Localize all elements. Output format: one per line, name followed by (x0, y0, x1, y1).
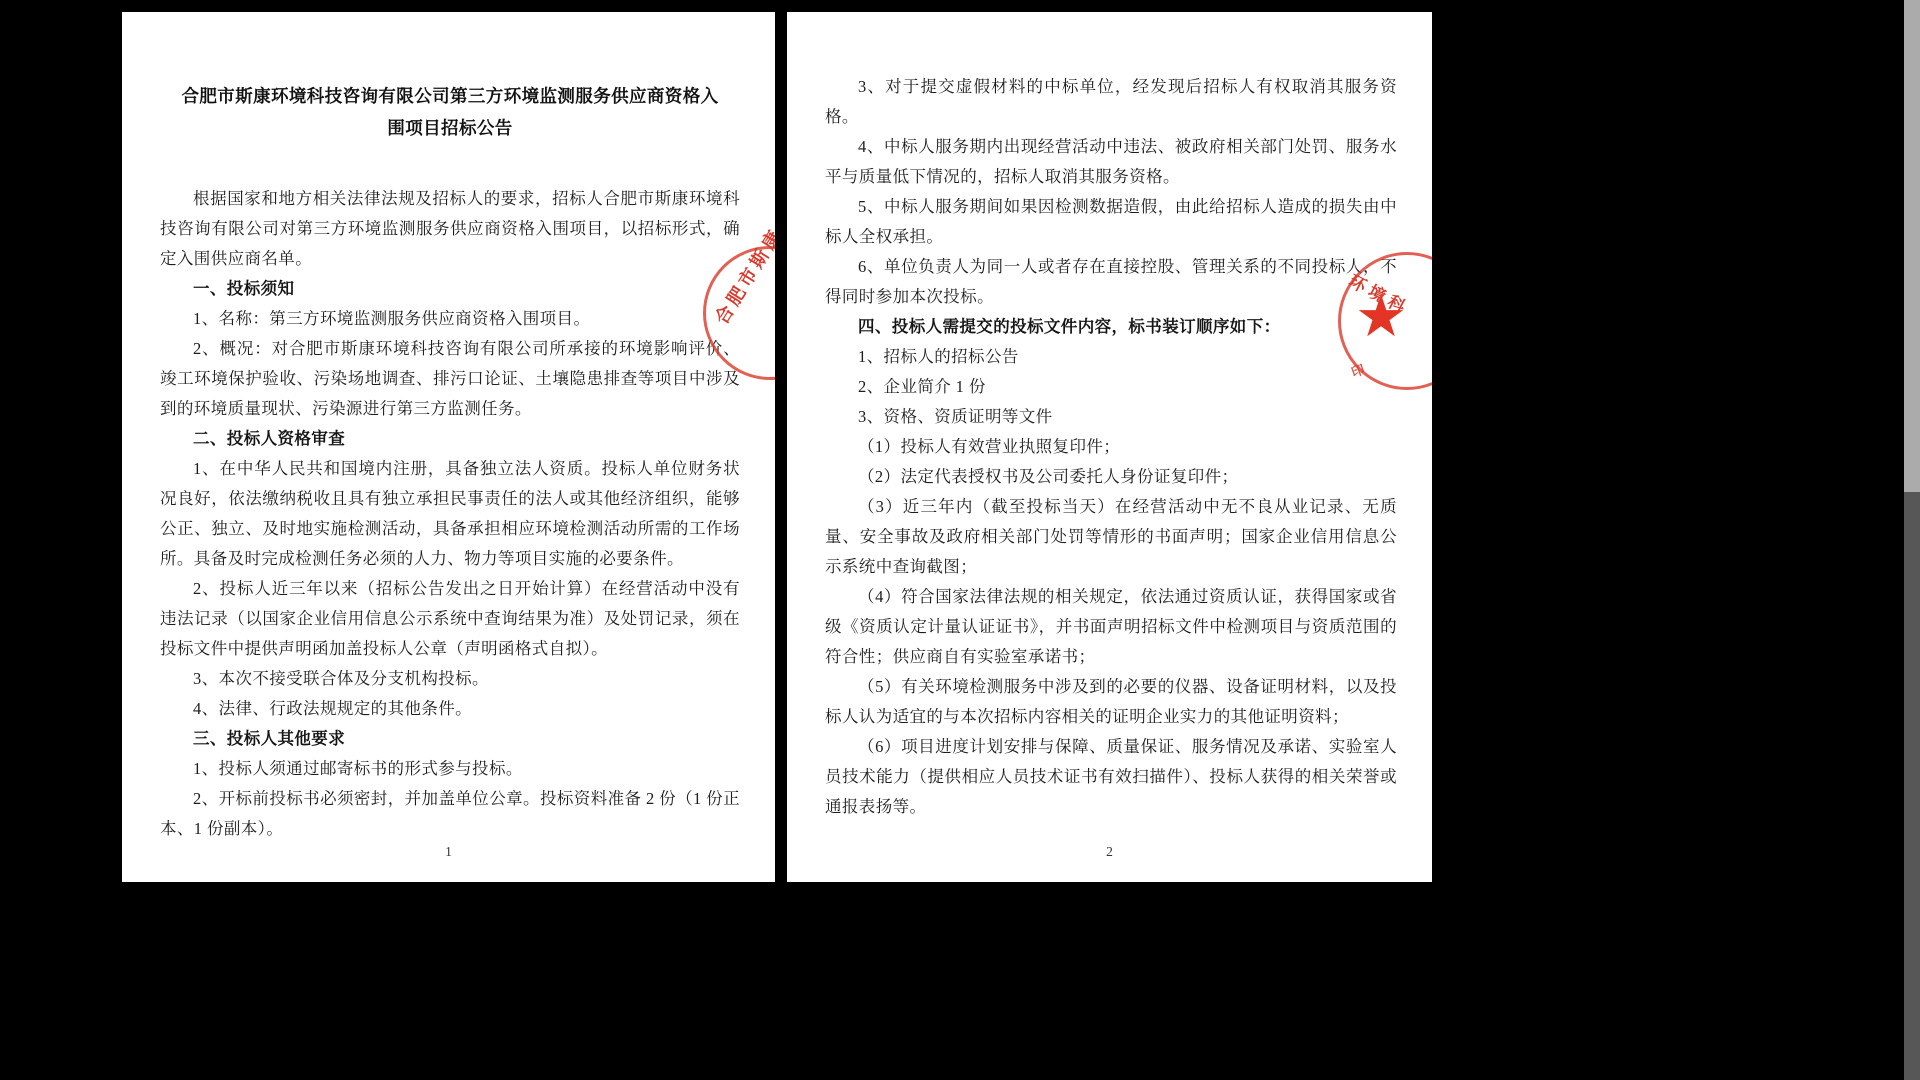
body-paragraph: （4）符合国家法律法规的相关规定，依法通过资质认证，获得国家或省级《资质认定计量… (825, 582, 1397, 672)
page-1-content: 合肥市斯康环境科技咨询有限公司第三方环境监测服务供应商资格入围项目招标公告根据国… (122, 12, 775, 844)
section-heading: 一、投标须知 (160, 274, 740, 304)
body-paragraph: 1、投标人须通过邮寄标书的形式参与投标。 (160, 754, 740, 784)
scrollbar-thumb[interactable] (1904, 0, 1920, 492)
body-paragraph: 2、企业简介 1 份 (825, 372, 1397, 402)
section-heading: 四、投标人需提交的投标文件内容，标书装订顺序如下： (825, 312, 1397, 342)
section-heading: 二、投标人资格审查 (160, 424, 740, 454)
body-paragraph: 1、在中华人民共和国境内注册，具备独立法人资质。投标人单位财务状况良好，依法缴纳… (160, 454, 740, 574)
section-heading: 三、投标人其他要求 (160, 724, 740, 754)
body-paragraph: 6、单位负责人为同一人或者存在直接控股、管理关系的不同投标人，不得同时参加本次投… (825, 252, 1397, 312)
body-paragraph: 4、法律、行政法规规定的其他条件。 (160, 694, 740, 724)
page-2-content: 3、对于提交虚假材料的中标单位，经发现后招标人有权取消其服务资格。4、中标人服务… (787, 12, 1432, 822)
body-paragraph: 3、资格、资质证明等文件 (825, 402, 1397, 432)
body-paragraph: 2、开标前投标书必须密封，并加盖单位公章。投标资料准备 2 份（1 份正本、1 … (160, 784, 740, 844)
page-number: 2 (787, 844, 1432, 860)
body-paragraph: （3）近三年内（截至投标当天）在经营活动中无不良从业记录、无质量、安全事故及政府… (825, 492, 1397, 582)
viewer-background: 合肥市斯康环境科技咨询有限公司第三方环境监测服务供应商资格入围项目招标公告根据国… (0, 0, 1920, 1080)
body-paragraph: （2）法定代表授权书及公司委托人身份证复印件； (825, 462, 1397, 492)
body-paragraph: （5）有关环境检测服务中涉及到的必要的仪器、设备证明材料，以及投标人认为适宜的与… (825, 672, 1397, 732)
document-title: 合肥市斯康环境科技咨询有限公司第三方环境监测服务供应商资格入围项目招标公告 (176, 80, 724, 144)
page-number: 1 (122, 844, 775, 860)
body-paragraph: 3、对于提交虚假材料的中标单位，经发现后招标人有权取消其服务资格。 (825, 72, 1397, 132)
body-paragraph: （1）投标人有效营业执照复印件； (825, 432, 1397, 462)
document-page-1: 合肥市斯康环境科技咨询有限公司第三方环境监测服务供应商资格入围项目招标公告根据国… (122, 12, 775, 882)
body-paragraph: 1、名称：第三方环境监测服务供应商资格入围项目。 (160, 304, 740, 334)
vertical-scrollbar[interactable] (1904, 0, 1920, 1080)
document-page-2: 3、对于提交虚假材料的中标单位，经发现后招标人有权取消其服务资格。4、中标人服务… (787, 12, 1432, 882)
body-paragraph: 1、招标人的招标公告 (825, 342, 1397, 372)
body-paragraph: 3、本次不接受联合体及分支机构投标。 (160, 664, 740, 694)
star-icon: ★ (1355, 287, 1407, 345)
body-paragraph: 根据国家和地方相关法律法规及招标人的要求，招标人合肥市斯康环境科技咨询有限公司对… (160, 184, 740, 274)
body-paragraph: 2、投标人近三年以来（招标公告发出之日开始计算）在经营活动中没有违法记录（以国家… (160, 574, 740, 664)
body-paragraph: 2、概况：对合肥市斯康环境科技咨询有限公司所承接的环境影响评价、竣工环境保护验收… (160, 334, 740, 424)
body-paragraph: 4、中标人服务期内出现经营活动中违法、被政府相关部门处罚、服务水平与质量低下情况… (825, 132, 1397, 192)
body-paragraph: （6）项目进度计划安排与保障、质量保证、服务情况及承诺、实验室人员技术能力（提供… (825, 732, 1397, 822)
body-paragraph: 5、中标人服务期间如果因检测数据造假，由此给招标人造成的损失由中标人全权承担。 (825, 192, 1397, 252)
